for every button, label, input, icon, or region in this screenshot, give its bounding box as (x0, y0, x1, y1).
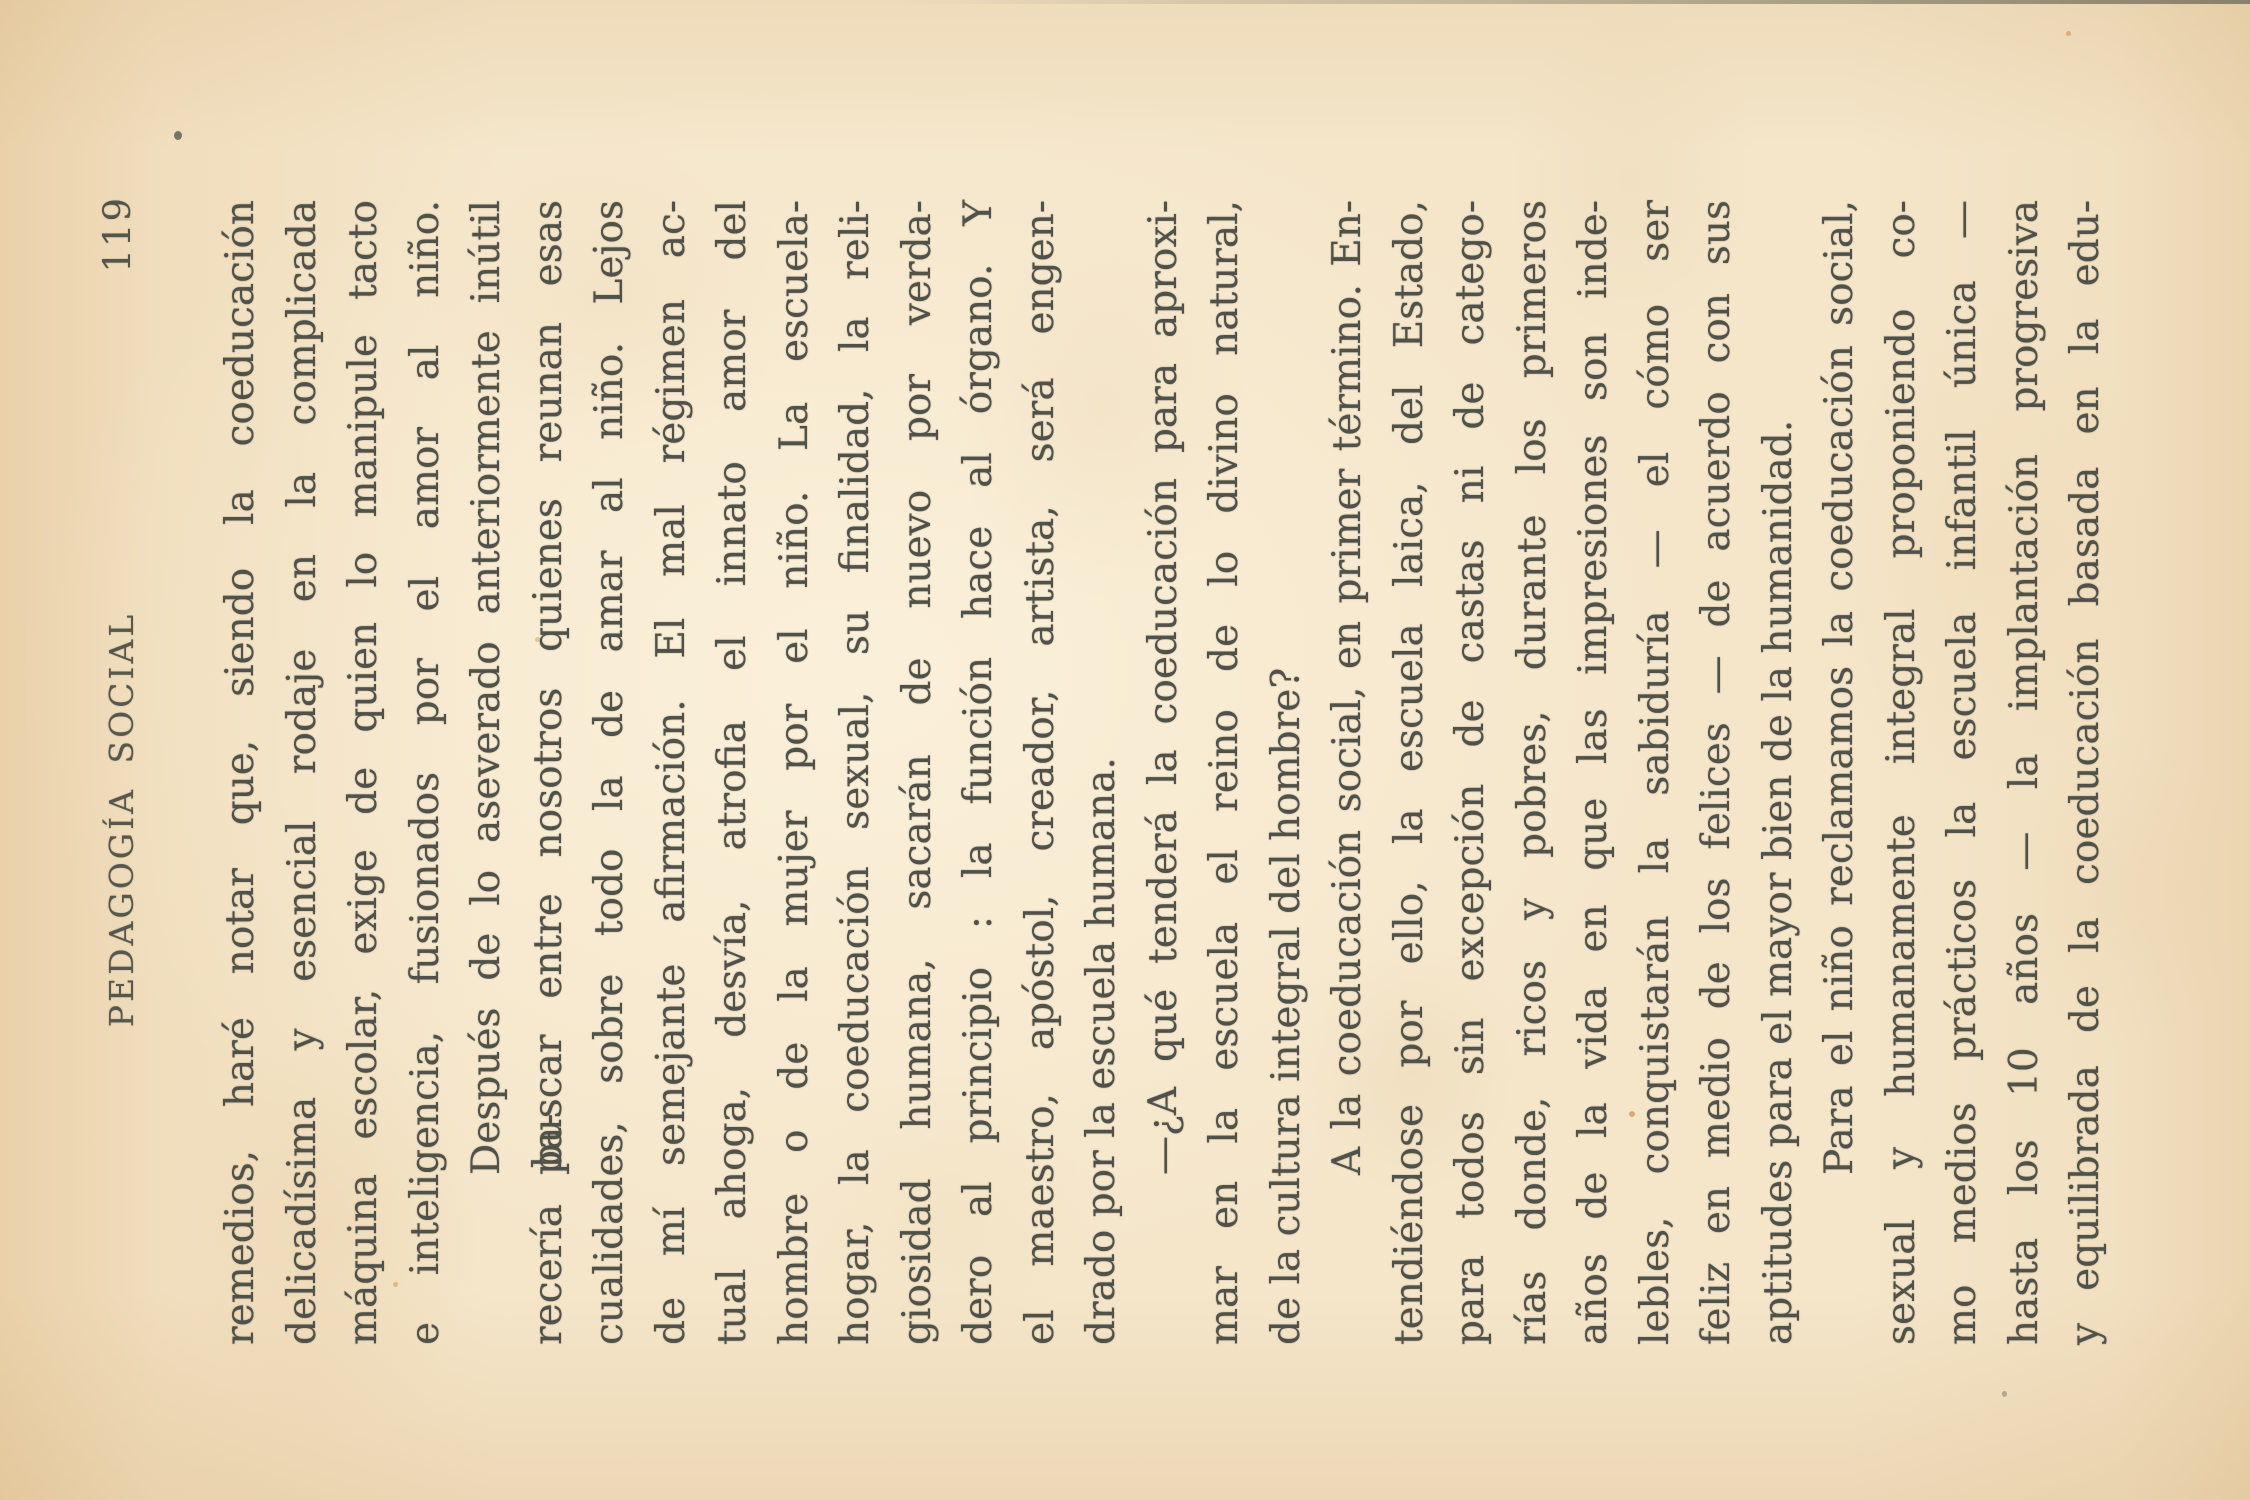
body-text-block: remedios, haré notar que, siendo la coed… (210, 200, 2117, 1345)
text-line: feliz en medio de los felices — de acuer… (1686, 200, 1748, 1345)
text-line: drado por la escuela humana. (1071, 200, 1133, 1345)
text-line: giosidad humana, sacarán de nuevo por ve… (887, 200, 949, 1345)
text-line: mar en la escuela el reino de lo divino … (1194, 200, 1256, 1345)
text-line: para todos sin excepción de castas ni de… (1440, 200, 1502, 1345)
text-line: rías donde, ricos y pobres, durante los … (1502, 200, 1564, 1345)
text-line: años de la vida en que las impresiones s… (1563, 200, 1625, 1345)
text-line: Después de lo aseverado anteriormente in… (456, 200, 518, 1345)
text-line: delicadísima y esencial rodaje en la com… (272, 200, 334, 1345)
text-line: y equilibrada de la coeducación basada e… (2055, 200, 2117, 1345)
text-line: remedios, haré notar que, siendo la coed… (210, 200, 272, 1345)
text-line: de mí semejante afirmación. El mal régim… (641, 200, 703, 1345)
text-line: el maestro, apóstol, creador, artista, s… (1010, 200, 1072, 1345)
paper-speck (2066, 31, 2071, 36)
page-number: 119 (96, 196, 139, 273)
text-line: —¿A qué tenderá la coeducación para apro… (1133, 200, 1195, 1345)
text-line: A la coeducación social, en primer térmi… (1317, 200, 1379, 1345)
text-line: sexual y humanamente integral proponiend… (1871, 200, 1933, 1345)
running-header-title: PEDAGOGÍA SOCIAL (102, 612, 141, 1027)
text-line: dero al principio : la función hace al ó… (948, 200, 1010, 1345)
text-line: recería buscar entre nosotros quienes re… (518, 200, 580, 1345)
scanned-book-page: PEDAGOGÍA SOCIAL 119 remedios, haré nota… (0, 0, 2250, 1500)
text-line: cualidades, sobre todo la de amar al niñ… (579, 200, 641, 1345)
text-line: tendiéndose por ello, la escuela laica, … (1379, 200, 1441, 1345)
text-line: máquina escolar, exige de quien lo manip… (333, 200, 395, 1345)
page-header: PEDAGOGÍA SOCIAL 119 (94, 200, 148, 1345)
text-line: hasta los 10 años — la implantación prog… (1994, 200, 2056, 1345)
paper-speck (2002, 1391, 2007, 1397)
text-line: lebles, conquistarán la sabiduría — el c… (1625, 200, 1687, 1345)
text-line: Para el niño reclamamos la coeducación s… (1809, 200, 1871, 1345)
text-line: aptitudes para el mayor bien de la human… (1748, 200, 1810, 1345)
book-page: PEDAGOGÍA SOCIAL 119 remedios, haré nota… (0, 0, 2250, 1500)
scan-edge-shadow (0, 0, 2250, 4)
text-line: hogar, la coeducación sexual, su finalid… (825, 200, 887, 1345)
text-line: e inteligencia, fusionados por el amor a… (395, 200, 457, 1345)
text-line: hombre o de la mujer por el niño. La esc… (764, 200, 826, 1345)
text-line: tual ahoga, desvía, atrofia el innato am… (702, 200, 764, 1345)
paper-speck (174, 131, 182, 140)
text-line: mo medios prácticos la escuela infantil … (1932, 200, 1994, 1345)
text-line: de la cultura integral del hombre? (1256, 200, 1318, 1345)
